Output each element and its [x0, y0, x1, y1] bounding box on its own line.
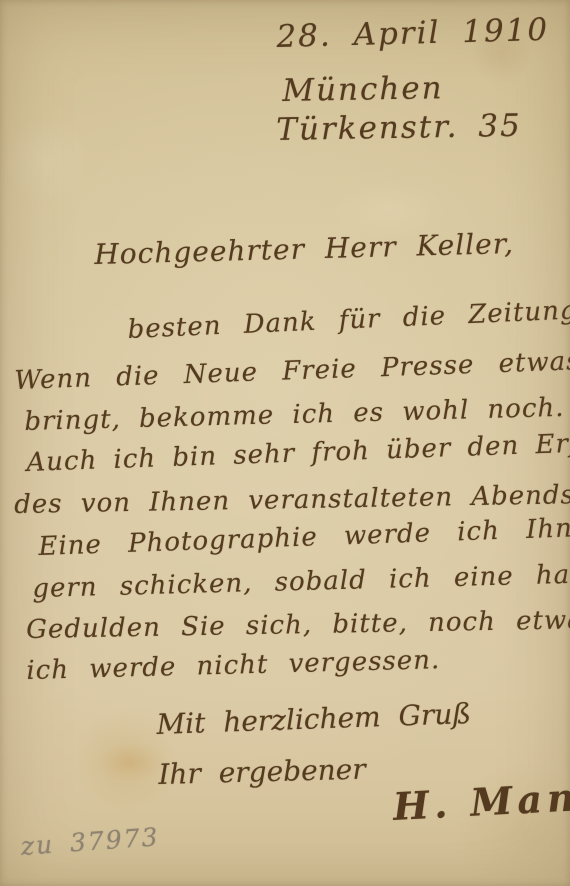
- letter-closing-greeting: Mit herzlichem Gruß: [156, 699, 472, 741]
- letter-body-line: bringt, bekomme ich es wohl noch.: [24, 394, 565, 437]
- letter-body-line: Wenn die Neue Freie Presse etwas: [14, 347, 570, 395]
- letter-date: 28. April 1910: [276, 13, 550, 54]
- letter-street: Türkenstr. 35: [276, 109, 522, 147]
- letter-body-line: des von Ihnen veranstalteten Abends.: [14, 481, 570, 520]
- letter-body-line: Gedulden Sie sich, bitte, noch etwas;: [26, 606, 570, 645]
- paper-stain: [96, 742, 166, 782]
- letter-body-line: gern schicken, sobald ich eine habe.: [32, 560, 570, 604]
- letter-closing-valediction: Ihr ergebener: [158, 755, 366, 791]
- letter-body-line: besten Dank für die Zeitungen.: [127, 294, 570, 344]
- letter-signature: H. Mann: [392, 775, 570, 828]
- letter-body-line: Auch ich bin sehr froh über den Erfolg: [26, 428, 570, 477]
- letter-city: München: [282, 71, 444, 108]
- letter-body-line: Eine Photographie werde ich Ihnen: [38, 513, 570, 561]
- letter-salutation: Hochgeehrter Herr Keller,: [94, 229, 514, 271]
- letter-body-line: ich werde nicht vergessen.: [26, 646, 441, 685]
- pencil-inventory-number: zu 37973: [20, 823, 160, 860]
- letter-scan: 28. April 1910 München Türkenstr. 35 Hoc…: [0, 0, 570, 886]
